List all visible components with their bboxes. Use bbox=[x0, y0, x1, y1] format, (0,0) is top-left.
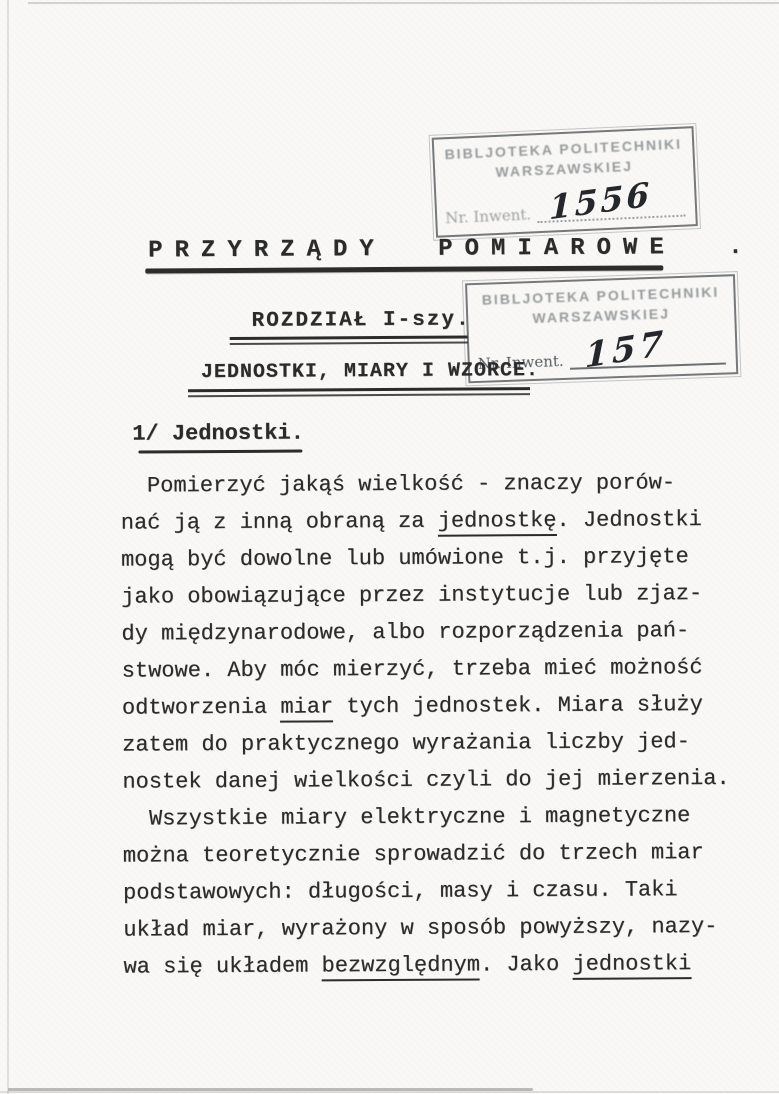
body-line: jako obowiązujące przez instytucje lub z… bbox=[121, 575, 741, 616]
body-text-segment: nać ją z inną obraną za bbox=[121, 509, 438, 536]
handwritten-inventory-number: 157 bbox=[585, 323, 668, 377]
body-text-segment: . Jednostki bbox=[556, 507, 701, 533]
body-line: Wszystkie miary elektryczne i magnetyczn… bbox=[123, 797, 743, 838]
body-text-segment: odtworzenia bbox=[122, 695, 281, 721]
section-heading-underline bbox=[188, 387, 530, 397]
body-text-segment: stwowe. Aby móc mierzyć, trzeba mieć moż… bbox=[122, 655, 703, 684]
body-text-segment: nostek danej wielkości czyli do jej mier… bbox=[122, 766, 729, 795]
underlined-term: jednostkę bbox=[438, 508, 557, 537]
document-title: PRZYRZĄDY POMIAROWE . bbox=[148, 234, 755, 265]
body-text-segment: Wszystkie miary elektryczne i magnetyczn… bbox=[123, 803, 691, 831]
underlined-term: bezwzględnym bbox=[322, 952, 481, 981]
body-line: dy międzynarodowe, albo rozporządzenia p… bbox=[121, 612, 741, 653]
scanned-document-page: BIBLJOTEKA POLITECHNIKI WARSZAWSKIEJ Nr.… bbox=[0, 0, 779, 1094]
body-text-segment: układ miar, wyrażony w sposób powyższy, … bbox=[123, 914, 717, 943]
body-line: stwowe. Aby móc mierzyć, trzeba mieć moż… bbox=[122, 649, 742, 690]
underlined-term: jednostki bbox=[572, 951, 691, 980]
body-text-segment: podstawowych: długości, masy i czasu. Ta… bbox=[123, 877, 678, 905]
body-line: mogą być dowolne lub umówione t.j. przyj… bbox=[121, 538, 741, 579]
body-line: podstawowych: długości, masy i czasu. Ta… bbox=[123, 871, 743, 912]
subsection-heading: 1/ Jednostki. bbox=[132, 421, 304, 447]
body-line: odtworzenia miar tych jednostek. Miara s… bbox=[122, 686, 742, 727]
body-text: Pomierzyć jakąś wielkość - znaczy porów-… bbox=[121, 464, 744, 986]
body-line: Pomierzyć jakąś wielkość - znaczy porów- bbox=[121, 464, 741, 505]
chapter-heading-underline bbox=[230, 336, 468, 345]
body-text-segment: jako obowiązujące przez instytucje lub z… bbox=[121, 581, 702, 610]
underlined-term: miar bbox=[280, 694, 333, 722]
page-content: BIBLJOTEKA POLITECHNIKI WARSZAWSKIEJ Nr.… bbox=[0, 0, 779, 1094]
body-text-segment: mogą być dowolne lub umówione t.j. przyj… bbox=[121, 544, 689, 572]
chapter-heading: ROZDZIAŁ I-szy. bbox=[252, 309, 471, 333]
body-line: zatem do praktycznego wyrażania liczby j… bbox=[122, 723, 742, 764]
body-text-segment: Pomierzyć jakąś wielkość - znaczy porów- bbox=[121, 470, 676, 498]
body-text-segment: można teoretycznie sprowadzić do trzech … bbox=[123, 840, 704, 869]
body-line: można teoretycznie sprowadzić do trzech … bbox=[123, 834, 743, 875]
inventory-label: Nr. Inwent. bbox=[445, 205, 532, 227]
title-underline bbox=[145, 265, 663, 273]
body-text-segment: dy międzynarodowe, albo rozporządzenia p… bbox=[121, 618, 689, 646]
library-stamp-top: BIBLJOTEKA POLITECHNIKI WARSZAWSKIEJ Nr.… bbox=[432, 126, 698, 238]
section-heading: JEDNOSTKI, MIARY I WZORCE. bbox=[201, 359, 539, 384]
body-text-segment: wa się układem bbox=[123, 953, 321, 979]
stamp-institution-line2: WARSZAWSKIEJ bbox=[476, 303, 726, 327]
handwritten-inventory-number: 1556 bbox=[549, 174, 652, 227]
subsection-underline bbox=[138, 450, 302, 454]
body-line: nostek danej wielkości czyli do jej mier… bbox=[122, 760, 742, 801]
body-line: wa się układem bezwzględnym. Jako jednos… bbox=[123, 945, 743, 986]
body-line: układ miar, wyrażony w sposób powyższy, … bbox=[123, 908, 743, 949]
body-text-segment: tych jednostek. Miara służy bbox=[333, 692, 703, 719]
body-text-segment: . Jako bbox=[480, 952, 573, 978]
body-line: nać ją z inną obraną za jednostkę. Jedno… bbox=[121, 501, 741, 542]
body-text-segment: zatem do praktycznego wyrażania liczby j… bbox=[122, 729, 690, 757]
